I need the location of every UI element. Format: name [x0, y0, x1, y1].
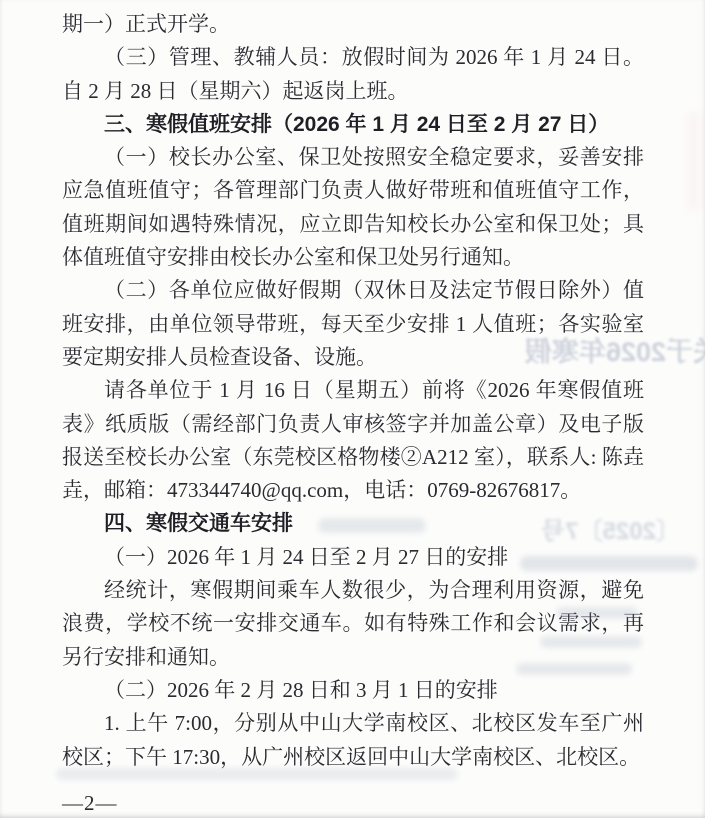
paragraph: （二）2026 年 2 月 28 日和 3 月 1 日的安排 [62, 674, 644, 707]
paragraph: （三）管理、教辅人员：放假时间为 2026 年 1 月 24 日。自 2 月 2… [62, 41, 644, 108]
paragraph: 期一）正式开学。 [62, 8, 644, 41]
paragraph: 经统计，寒假期间乘车人数很少，为合理利用资源，避免浪费，学校不统一安排交通车。如… [62, 574, 644, 674]
document-body: 期一）正式开学。（三）管理、教辅人员：放假时间为 2026 年 1 月 24 日… [62, 8, 644, 774]
paragraph: 1. 上午 7:00，分别从中山大学南校区、北校区发车至广州校区；下午 17:3… [62, 707, 644, 774]
bleedthrough-smudge [688, 112, 700, 212]
paragraph: （一）2026 年 1 月 24 日至 2 月 27 日的安排 [62, 541, 644, 574]
paragraph: （二）各单位应做好假期（双休日及法定节假日除外）值班安排，由单位领导带班，每天至… [62, 274, 644, 374]
page-number: —2— [62, 791, 118, 816]
section-heading: 三、寒假值班安排（2026 年 1 月 24 日至 2 月 27 日） [62, 108, 644, 141]
paragraph: （一）校长办公室、保卫处按照安全稳定要求，妥善安排应急值班值守；各管理部门负责人… [62, 141, 644, 274]
scanned-document-page: 期一）正式开学。（三）管理、教辅人员：放假时间为 2026 年 1 月 24 日… [0, 0, 705, 818]
section-heading: 四、寒假交通车安排 [62, 507, 644, 540]
paragraph: 请各单位于 1 月 16 日（星期五）前将《2026 年寒假值班表》纸质版（需经… [62, 374, 644, 507]
